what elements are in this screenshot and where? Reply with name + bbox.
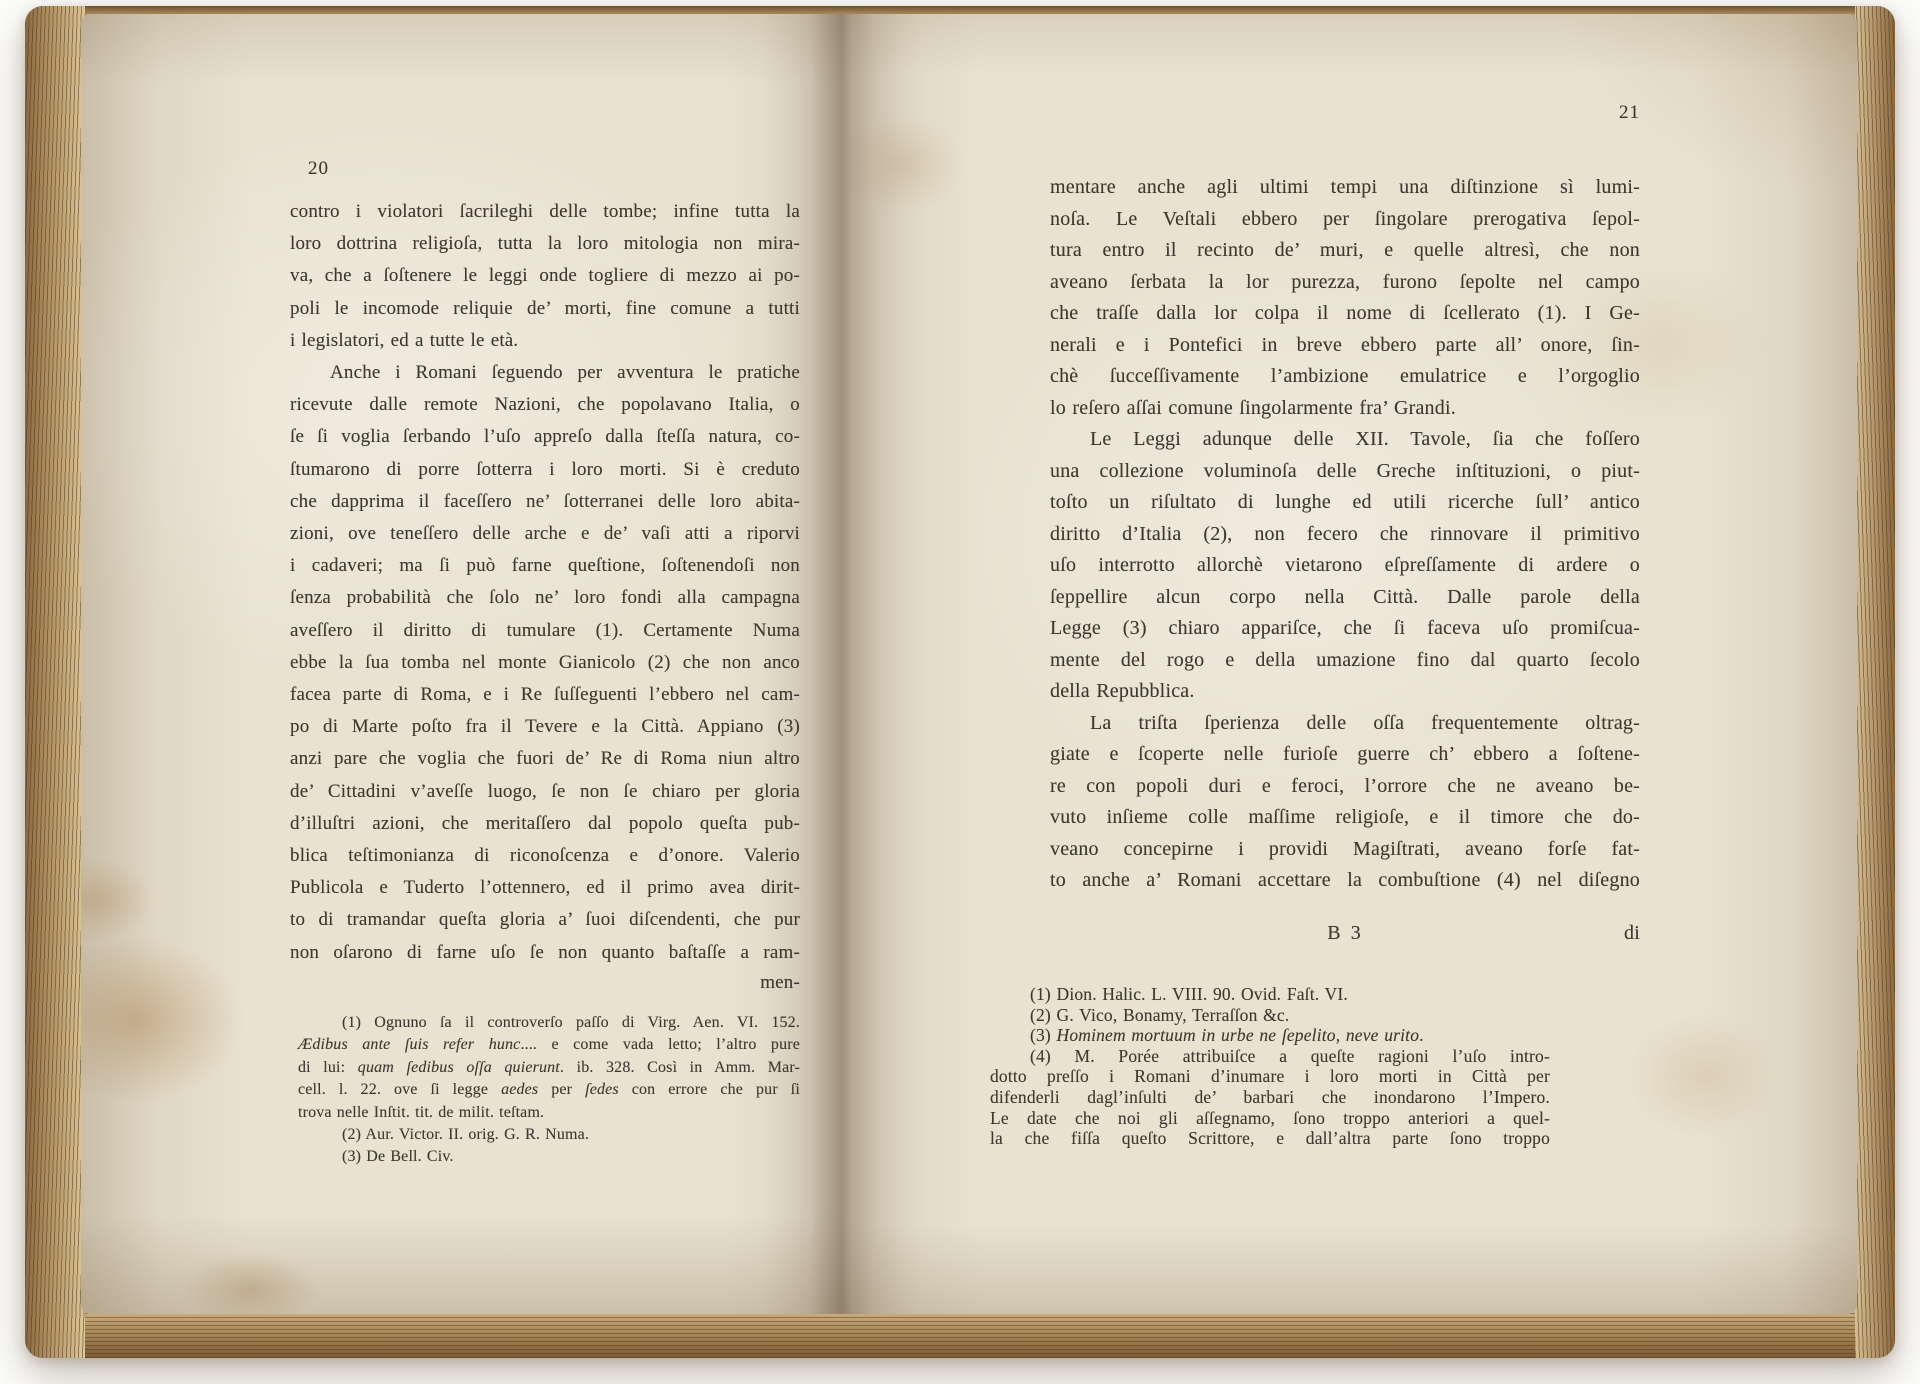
text-line: ſeppellire alcun corpo nella Città. Dall… — [1050, 582, 1640, 614]
text-line: ricevute dalle remote Nazioni, che popol… — [290, 389, 800, 421]
right-page-number: 21 — [1440, 102, 1640, 124]
left-page-number: 20 — [308, 158, 329, 180]
right-footnotes: (1) Dion. Halic. L. VIII. 90. Ovid. Faſt… — [990, 984, 1550, 1149]
text-line: toſto un riſultato di lunghe ed utili ri… — [1050, 487, 1640, 519]
text-line: Ædibus ante ſuis refer hunc.... e come v… — [298, 1034, 800, 1056]
text-line: Le Leggi adunque delle XII. Tavole, ſia … — [1050, 424, 1640, 456]
signature-mark: B 3 — [1327, 922, 1363, 945]
text-line: veano concepirne i providi Magiſtrati, a… — [1050, 834, 1640, 866]
left-catchword: men- — [290, 972, 800, 994]
text-line: (1) Ognuno ſa il controverſo paſſo di Vi… — [298, 1012, 800, 1034]
page-edges-bottom — [39, 1310, 1881, 1358]
text-line: non oſarono di farne uſo ſe non quanto b… — [290, 937, 800, 969]
text-line: Le date che noi gli aſſegnamo, ſono trop… — [990, 1108, 1550, 1129]
text-line: mentare anche agli ultimi tempi una diſt… — [1050, 172, 1640, 204]
text-line: vuto inſieme colle maſſime religioſe, e … — [1050, 802, 1640, 834]
text-line: (3) De Bell. Civ. — [298, 1146, 800, 1168]
left-footnotes: (1) Ognuno ſa il controverſo paſſo di Vi… — [298, 1012, 800, 1169]
text-line: de’ Cittadini v’aveſſe luogo, ſe non ſe … — [290, 776, 800, 808]
page-edges-right — [1855, 6, 1895, 1358]
text-line: Publicola e Tuderto l’ottennero, ed il p… — [290, 872, 800, 904]
text-line: po di Marte poſto fra il Tevere e la Cit… — [290, 711, 800, 743]
text-line: diritto d’Italia (2), non fecero che rin… — [1050, 519, 1640, 551]
page-edges-left — [25, 6, 85, 1358]
left-page-body: contro i violatori ſacrileghi delle tomb… — [290, 196, 800, 969]
text-line: to di tramandar queſta gloria a’ ſuoi di… — [290, 904, 800, 936]
book-photo: 20 contro i violatori ſacrileghi delle t… — [0, 0, 1920, 1384]
text-line: va, che a ſoſtenere le leggi onde toglie… — [290, 260, 800, 292]
text-line: difenderli dagl’inſulti de’ barbari che … — [990, 1087, 1550, 1108]
text-line: ebbe la ſua tomba nel monte Gianicolo (2… — [290, 647, 800, 679]
text-line: re con popoli duri e feroci, l’orrore ch… — [1050, 771, 1640, 803]
text-line: (2) G. Vico, Bonamy, Terraſſon &c. — [990, 1005, 1550, 1026]
text-line: La triſta ſperienza delle oſſa frequente… — [1050, 708, 1640, 740]
text-line: della Repubblica. — [1050, 676, 1640, 708]
text-line: dotto preſſo i Romani d’inumare i loro m… — [990, 1066, 1550, 1087]
text-line: noſa. Le Veſtali ebbero per ſingolare pr… — [1050, 204, 1640, 236]
text-line: (1) Dion. Halic. L. VIII. 90. Ovid. Faſt… — [990, 984, 1550, 1005]
right-catchword: di — [1624, 922, 1640, 945]
text-line: che traſſe dalla lor colpa il nome di ſc… — [1050, 298, 1640, 330]
text-line: che dapprima il faceſſero ne’ ſotterrane… — [290, 486, 800, 518]
text-line: (4) M. Porée attribuiſce a queſte ragion… — [990, 1046, 1550, 1067]
text-line: lo reſero aſſai comune ſingolarmente fra… — [1050, 393, 1640, 425]
text-line: trova nelle Inſtit. tit. de milit. teſta… — [298, 1102, 800, 1124]
text-line: la che fiſſa queſto Scrittore, e dall’al… — [990, 1128, 1550, 1149]
text-line: i legislatori, ed a tutte le età. — [290, 325, 800, 357]
text-line: mente del rogo e della umazione fino dal… — [1050, 645, 1640, 677]
text-line: giate e ſcoperte nelle furioſe guerre ch… — [1050, 739, 1640, 771]
text-line: (3) Hominem mortuum in urbe ne ſepelito,… — [990, 1025, 1550, 1046]
text-line: contro i violatori ſacrileghi delle tomb… — [290, 196, 800, 228]
text-line: chè ſucceſſivamente l’ambizione emulatri… — [1050, 361, 1640, 393]
text-line: loro dottrina religioſa, tutta la loro m… — [290, 228, 800, 260]
text-line: i cadaveri; ma ſi può farne queſtione, ſ… — [290, 550, 800, 582]
text-line: ſe ſi voglia ſerbando l’uſo appreſo dall… — [290, 421, 800, 453]
text-line: blica teſtimonianza di riconoſcenza e d’… — [290, 840, 800, 872]
text-line: aveano ſerbata la lor purezza, furono ſe… — [1050, 267, 1640, 299]
text-line: tura entro il recinto de’ muri, e quelle… — [1050, 235, 1640, 267]
open-book: 20 contro i violatori ſacrileghi delle t… — [25, 6, 1895, 1358]
text-line: zioni, ove teneſſero delle arche e de’ v… — [290, 518, 800, 550]
text-line: ſenza probabilità che ſolo ne’ loro fond… — [290, 582, 800, 614]
text-line: Legge (3) chiaro appariſce, che ſi facev… — [1050, 613, 1640, 645]
text-line: facea parte di Roma, e i Re ſuſſeguenti … — [290, 679, 800, 711]
text-line: di lui: quam ſedibus oſſa quierunt. ib. … — [298, 1057, 800, 1079]
text-line: cell. l. 22. ove ſi legge aedes per ſede… — [298, 1079, 800, 1101]
text-line: ſtumarono di porre ſotterra i loro morti… — [290, 454, 800, 486]
text-line: to anche a’ Romani accettare la combuſti… — [1050, 865, 1640, 897]
text-line: Anche i Romani ſeguendo per avventura le… — [290, 357, 800, 389]
text-line: una collezione voluminoſa delle Greche i… — [1050, 456, 1640, 488]
text-line: poli le incomode reliquie de’ morti, fin… — [290, 293, 800, 325]
text-line: aveſſero il diritto di tumulare (1). Cer… — [290, 615, 800, 647]
text-line: anzi pare che voglia che fuori de’ Re di… — [290, 743, 800, 775]
signature-row: B 3 di — [1050, 922, 1640, 954]
text-line: d’illuſtri azioni, che meritaſſero dal p… — [290, 808, 800, 840]
text-line: nerali e i Pontefici in breve ebbero par… — [1050, 330, 1640, 362]
text-line: (2) Aur. Victor. II. orig. G. R. Numa. — [298, 1124, 800, 1146]
text-line: uſo interrotto allorchè vietarono eſpreſ… — [1050, 550, 1640, 582]
right-page-body: mentare anche agli ultimi tempi una diſt… — [1050, 172, 1640, 897]
